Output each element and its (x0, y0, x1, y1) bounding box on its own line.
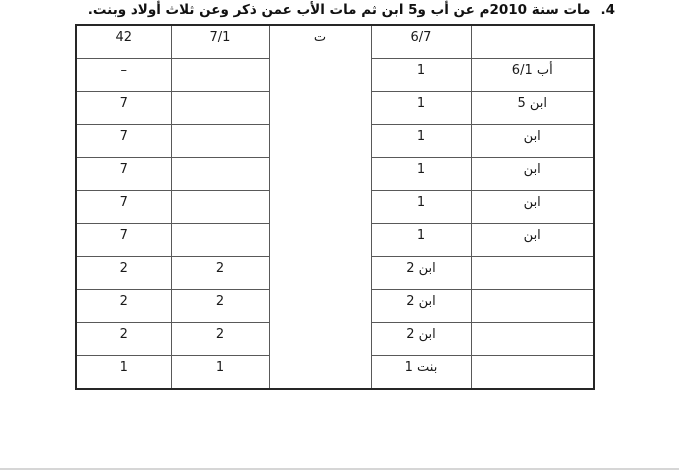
problem-title: 4.مات سنة 2010م عن أب و5 ابن ثم مات الأب… (88, 2, 615, 18)
heir-cell (471, 356, 594, 390)
share-cell: 1 (371, 158, 471, 191)
heir-cell: ابن (471, 224, 594, 257)
header-share-cell: 6/7 (371, 25, 471, 59)
header-div7-cell: 7/1 (171, 25, 269, 59)
div7-cell (171, 59, 269, 92)
header-heir-cell (471, 25, 594, 59)
heir-cell: ابن (471, 191, 594, 224)
div7-cell: 2 (171, 290, 269, 323)
total-cell: 7 (76, 158, 171, 191)
heir-cell (471, 323, 594, 356)
div7-cell (171, 92, 269, 125)
share-cell: 1 (371, 59, 471, 92)
div7-cell: 2 (171, 323, 269, 356)
div7-cell (171, 125, 269, 158)
header-counter-cell: ت (269, 25, 371, 389)
div7-cell (171, 158, 269, 191)
problem-text: مات سنة 2010م عن أب و5 ابن ثم مات الأب ع… (88, 2, 591, 18)
share-cell: ابن 2 (371, 257, 471, 290)
heir-cell: ابن (471, 125, 594, 158)
document-page: 4.مات سنة 2010م عن أب و5 ابن ثم مات الأب… (0, 0, 679, 470)
heir-cell: أب 6/1 (471, 59, 594, 92)
total-cell: 1 (76, 356, 171, 390)
inheritance-table: 6/7 ت 7/1 42 أب 6/1 1 – ابن 5 1 7 ابن 1 (75, 24, 595, 390)
total-cell: – (76, 59, 171, 92)
total-cell: 7 (76, 224, 171, 257)
share-cell: 1 (371, 125, 471, 158)
total-cell: 7 (76, 191, 171, 224)
share-cell: 1 (371, 92, 471, 125)
total-cell: 7 (76, 92, 171, 125)
heir-cell (471, 290, 594, 323)
div7-cell: 1 (171, 356, 269, 390)
share-cell: ابن 2 (371, 323, 471, 356)
total-cell: 2 (76, 257, 171, 290)
total-cell: 7 (76, 125, 171, 158)
total-cell: 2 (76, 290, 171, 323)
div7-cell (171, 191, 269, 224)
share-cell: بنت 1 (371, 356, 471, 390)
heir-cell: ابن 5 (471, 92, 594, 125)
share-cell: 1 (371, 191, 471, 224)
share-cell: ابن 2 (371, 290, 471, 323)
share-cell: 1 (371, 224, 471, 257)
table-header-row: 6/7 ت 7/1 42 (76, 25, 594, 59)
problem-number: 4. (600, 2, 615, 18)
header-total-cell: 42 (76, 25, 171, 59)
heir-cell: ابن (471, 158, 594, 191)
heir-cell (471, 257, 594, 290)
div7-cell (171, 224, 269, 257)
total-cell: 2 (76, 323, 171, 356)
div7-cell: 2 (171, 257, 269, 290)
